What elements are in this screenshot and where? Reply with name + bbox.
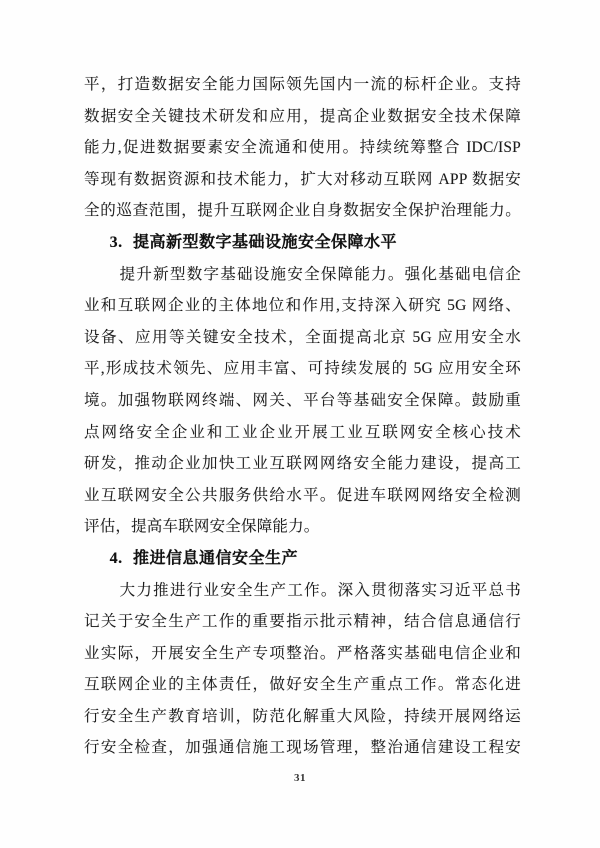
document-page: 平，打造数据安全能力国际领先国内一流的标杆企业。支持数据安全关键技术研发和应用，… (0, 0, 600, 848)
document-body: 平，打造数据安全能力国际领先国内一流的标杆企业。支持数据安全关键技术研发和应用，… (84, 69, 521, 764)
text-line: 行安全生产教育培训，防范化解重大风险，持续开展网络运 (84, 701, 521, 733)
text-line: 平,形成技术领先、应用丰富、可持续发展的 5G 应用安全环 (84, 353, 521, 385)
text-line: 行安全检查，加强通信施工现场管理，整治通信建设工程安 (84, 732, 521, 764)
text-line: 提升新型数字基础设施安全保障能力。强化基础电信企 (84, 259, 521, 291)
text-line: 互联网企业的主体责任，做好安全生产重点工作。常态化进 (84, 669, 521, 701)
heading-title: 提高新型数字基础设施安全保障水平 (133, 234, 397, 251)
text-line: 点网络安全企业和工业企业开展工业互联网安全核心技术 (84, 417, 521, 449)
heading-number: 3. (110, 234, 123, 251)
text-line: 业互联网安全公共服务供给水平。促进车联网网络安全检测 (84, 480, 521, 512)
text-line: 数据安全关键技术研发和应用，提高企业数据安全技术保障 (84, 101, 521, 133)
text-line: 等现有数据资源和技术能力，扩大对移动互联网 APP 数据安 (84, 164, 521, 196)
heading-title: 推进信息通信安全生产 (133, 550, 298, 567)
text-line: 业和互联网企业的主体地位和作用,支持深入研究 5G 网络、 (84, 290, 521, 322)
heading-number: 4. (110, 550, 123, 567)
page-number: 31 (0, 772, 600, 784)
text-line: 评估，提高车联网安全保障能力。 (84, 511, 521, 543)
text-line: 大力推进行业安全生产工作。深入贯彻落实习近平总书 (84, 575, 521, 607)
text-line: 记关于安全生产工作的重要指示批示精神，结合信息通信行 (84, 606, 521, 638)
text-line: 境。加强物联网终端、网关、平台等基础安全保障。鼓励重 (84, 385, 521, 417)
text-line: 研发，推动企业加快工业互联网网络安全能力建设，提高工 (84, 448, 521, 480)
text-line: 能力,促进数据要素安全流通和使用。持续统筹整合 IDC/ISP (84, 132, 521, 164)
text-line: 业实际，开展安全生产专项整治。严格落实基础电信企业和 (84, 638, 521, 670)
text-line: 全的巡查范围，提升互联网企业自身数据安全保护治理能力。 (84, 195, 521, 227)
section-heading: 4.推进信息通信安全生产 (84, 543, 521, 575)
section-heading: 3.提高新型数字基础设施安全保障水平 (84, 227, 521, 259)
text-line: 设备、应用等关键安全技术，全面提高北京 5G 应用安全水 (84, 322, 521, 354)
text-line: 平，打造数据安全能力国际领先国内一流的标杆企业。支持 (84, 69, 521, 101)
